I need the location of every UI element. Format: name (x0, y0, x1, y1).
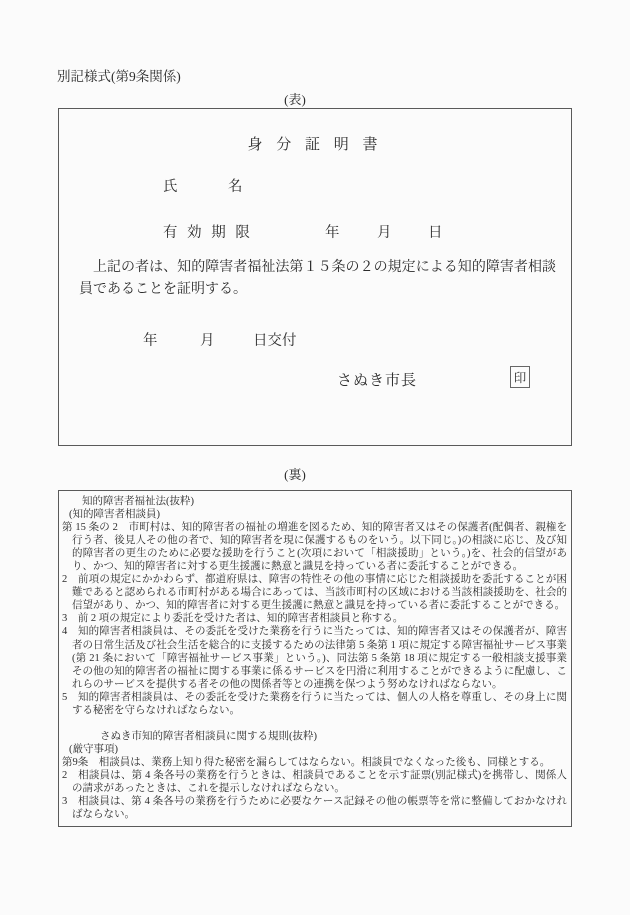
law-extract-title: 知的障害者福祉法(抜粋) (82, 495, 567, 508)
law-paragraph: 3 前 2 項の規定により委託を受けた者は、知的障害者相談員と称する。 (62, 612, 567, 625)
law-paragraph: 第 15 条の 2 市町村は、知的障害者の福祉の増進を図るため、知的障害者又はそ… (62, 521, 567, 573)
form-reference-label: 別記様式(第9条関係) (57, 65, 181, 85)
rule-extract-title: さぬき市知的障害者相談員に関する規則(抜粋) (100, 730, 567, 743)
validity-year-label: 年 (325, 221, 340, 242)
front-side-label: (表) (38, 89, 552, 108)
certification-statement: 上記の者は、知的障害者福祉法第１５条の２の規定による知的障害者相談員であることを… (79, 257, 556, 300)
back-side-label: (裏) (38, 464, 552, 483)
validity-month-label: 月 (377, 221, 392, 242)
certificate-title: 身 分 証 明 書 (59, 133, 571, 154)
validity-period-label: 有 効 期 限 (163, 221, 253, 242)
law-extract-subtitle: (知的障害者相談員) (69, 508, 567, 521)
issue-year-label: 年 (143, 329, 158, 350)
seal-mark: 印 (510, 366, 530, 388)
legal-extract-box: 知的障害者福祉法(抜粋) (知的障害者相談員) 第 15 条の 2 市町村は、知… (58, 490, 572, 827)
name-field-label-first: 氏 (163, 175, 178, 196)
identity-certificate-box: 身 分 証 明 書 氏 名 有 効 期 限 年 月 日 上記の者は、知的障害者福… (58, 108, 572, 446)
law-paragraph: 2 前項の規定にかかわらず、都道府県は、障害の特性その他の事情に応じた相談援助を… (62, 573, 567, 612)
validity-day-label: 日 (428, 221, 443, 242)
rule-paragraph: 第9条 相談員は、業務上知り得た秘密を漏らしてはならない。相談員でなくなった後も… (62, 756, 567, 769)
mayor-signature-label: さぬき市長 (337, 369, 417, 390)
rule-paragraph: 2 相談員は、第 4 条各号の業務を行うときは、相談員であることを示す証票(別記… (62, 769, 567, 795)
rule-paragraph: 3 相談員は、第 4 条各号の業務を行うために必要なケース記録その他の帳票等を常… (62, 795, 567, 821)
document-page: 別記様式(第9条関係) (表) 身 分 証 明 書 氏 名 有 効 期 限 年 … (0, 0, 630, 915)
issue-month-label: 月 (200, 329, 215, 350)
issue-day-label: 日交付 (253, 329, 297, 350)
law-paragraph: 5 知的障害者相談員は、その委託を受けた業務を行うに当たっては、個人の人格を尊重… (62, 691, 567, 717)
name-field-label-second: 名 (228, 175, 243, 196)
law-paragraph: 4 知的障害者相談員は、その委託を受けた業務を行うに当たっては、知的障害者又はそ… (62, 625, 567, 690)
rule-extract-subtitle: (厳守事項) (69, 743, 567, 756)
